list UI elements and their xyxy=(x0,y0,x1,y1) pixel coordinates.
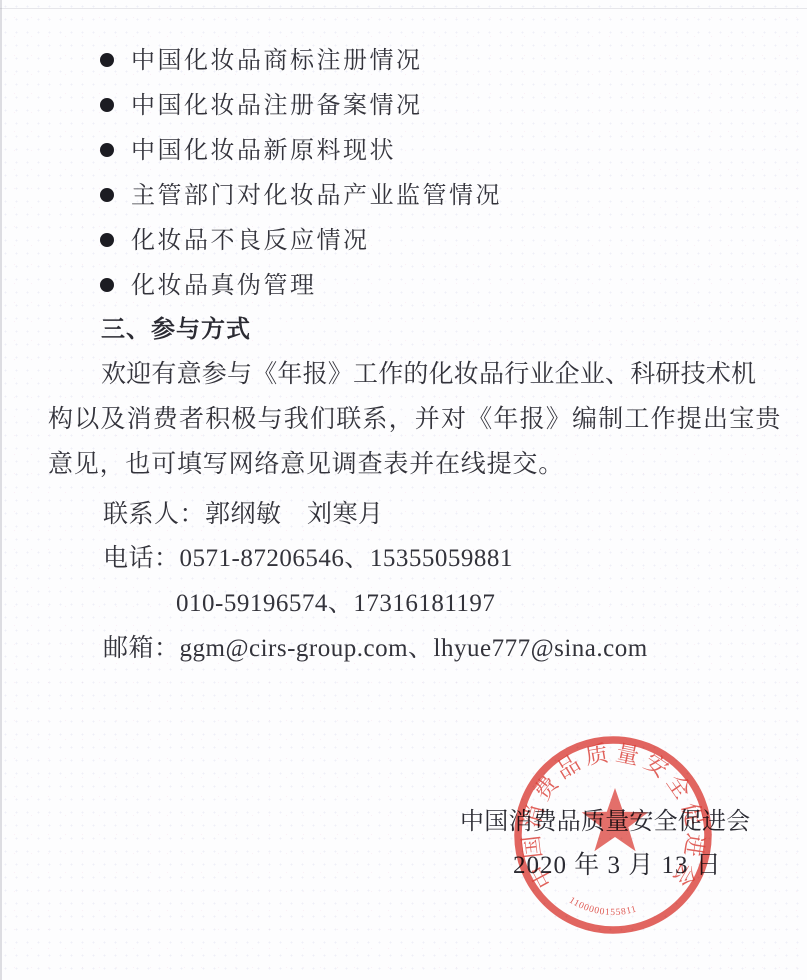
paragraph-line: 意见，也可填写网络意见调查表并在线提交。 xyxy=(48,443,564,487)
bullet-list-item: 主管部门对化妆品产业监管情况 xyxy=(100,174,502,218)
phone-line-2: 010-59196574、17316181197 xyxy=(176,582,495,626)
scan-edge-artifact xyxy=(0,8,807,9)
bullet-list-item: 化妆品真伪管理 xyxy=(100,264,317,308)
phone-numbers-1: 0571-87206546、15355059881 xyxy=(180,545,513,572)
bullet-label: 化妆品真伪管理 xyxy=(131,273,317,299)
phone-label: 电话： xyxy=(103,545,180,572)
contact-person-label: 联系人： xyxy=(103,501,205,528)
bullet-icon xyxy=(100,188,114,202)
bullet-list-item: 中国化妆品注册备案情况 xyxy=(100,84,423,128)
email-label: 邮箱： xyxy=(103,635,180,662)
scan-edge-artifact xyxy=(0,0,2,980)
bullet-icon xyxy=(100,143,114,157)
bullet-icon xyxy=(100,98,114,112)
bullet-icon xyxy=(100,233,114,247)
contact-person-names: 郭纲敏 刘寒月 xyxy=(205,501,384,528)
phone-line-1: 电话：0571-87206546、15355059881 xyxy=(103,537,513,581)
seal-serial-number: 1100000155811 xyxy=(567,896,638,918)
bullet-label: 主管部门对化妆品产业监管情况 xyxy=(131,183,502,209)
bullet-icon xyxy=(100,53,114,67)
svg-text:1100000155811: 1100000155811 xyxy=(567,896,638,918)
section-heading: 三、参与方式 xyxy=(101,308,251,352)
bullet-label: 中国化妆品注册备案情况 xyxy=(131,93,423,119)
seal-graphic: 中国消费品质量安全促进会 1100000155811 xyxy=(513,735,713,935)
bullet-list-item: 中国化妆品商标注册情况 xyxy=(100,39,423,83)
seal-star-icon xyxy=(582,788,649,851)
email-addresses: ggm@cirs-group.com、lhyue777@sina.com xyxy=(180,635,648,662)
scanned-document-page: 中国化妆品商标注册情况 中国化妆品注册备案情况 中国化妆品新原料现状 主管部门对… xyxy=(0,0,807,980)
bullet-label: 中国化妆品商标注册情况 xyxy=(131,48,423,74)
email-line: 邮箱：ggm@cirs-group.com、lhyue777@sina.com xyxy=(103,627,648,671)
bullet-label: 化妆品不良反应情况 xyxy=(131,228,370,254)
bullet-list-item: 化妆品不良反应情况 xyxy=(100,219,370,263)
paragraph-line: 欢迎有意参与《年报》工作的化妆品行业企业、科研技术机 xyxy=(101,353,756,397)
paragraph-line: 构以及消费者积极与我们联系，并对《年报》编制工作提出宝贵 xyxy=(48,398,782,442)
bullet-list-item: 中国化妆品新原料现状 xyxy=(100,129,396,173)
bullet-label: 中国化妆品新原料现状 xyxy=(131,138,396,164)
contact-person-line: 联系人：郭纲敏 刘寒月 xyxy=(103,493,384,537)
bullet-icon xyxy=(100,278,114,292)
official-seal-stamp: 中国消费品质量安全促进会 1100000155811 xyxy=(513,735,713,935)
